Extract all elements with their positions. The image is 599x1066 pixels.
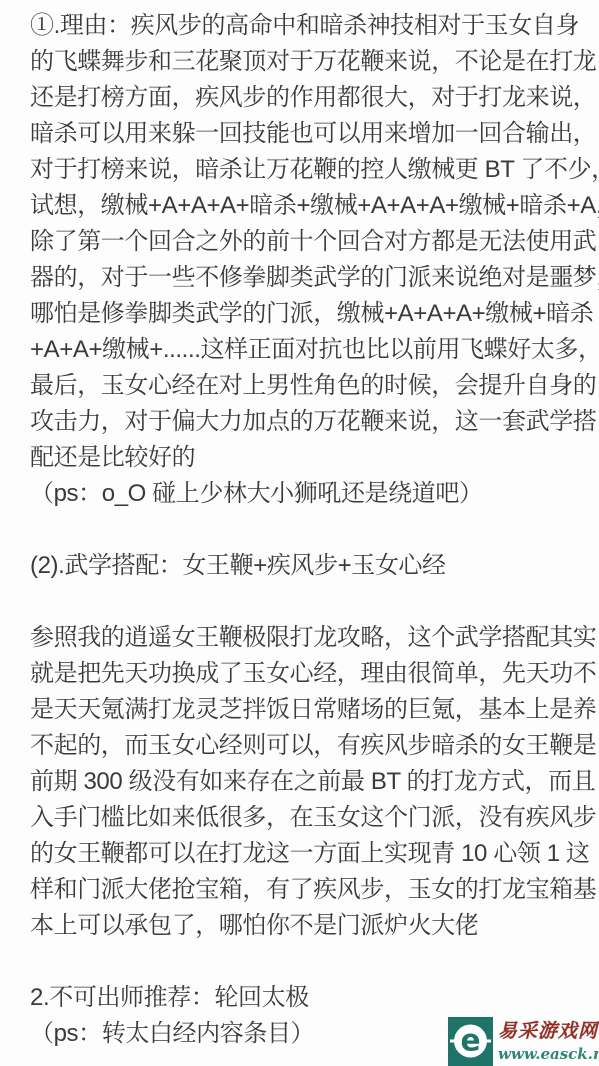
text-line: 试想，缴械+A+A+A+暗杀+缴械+A+A+A+缴械+暗杀+A， bbox=[30, 188, 579, 224]
site-watermark: e 易采游戏网 www.easck.net bbox=[448, 1017, 598, 1066]
watermark-site-url: www.easck.net bbox=[498, 1044, 598, 1064]
text-line: 入手门槛比如来低很多，在玉女这个门派，没有疾风步 bbox=[30, 800, 579, 836]
text-line: 是天天氪满打龙灵芝拌饭日常赌场的巨氪，基本上是养 bbox=[30, 692, 579, 728]
text-line: （ps：o_O 碰上少林大小狮吼还是绕道吧） bbox=[30, 476, 579, 512]
text-line: 暗杀可以用来躲一回技能也可以用来增加一回合输出， bbox=[30, 116, 579, 152]
easck-logo-icon: e bbox=[448, 1017, 493, 1066]
text-line: 器的，对于一些不修拳脚类武学的门派来说绝对是噩梦， bbox=[30, 260, 579, 296]
text-line: 参照我的逍遥女王鞭极限打龙攻略，这个武学搭配其实 bbox=[30, 620, 579, 656]
combo-paragraph: 参照我的逍遥女王鞭极限打龙攻略，这个武学搭配其实就是把先天功换成了玉女心经，理由… bbox=[30, 620, 579, 944]
text-line: (2).武学搭配：女王鞭+疾风步+玉女心经 bbox=[30, 548, 579, 584]
text-line: 2.不可出师推荐：轮回太极 bbox=[30, 980, 579, 1016]
text-line: 不起的，而玉女心经则可以，有疾风步暗杀的女王鞭是 bbox=[30, 728, 579, 764]
text-line: 就是把先天功换成了玉女心经，理由很简单，先天功不 bbox=[30, 656, 579, 692]
text-line: 哪怕是修拳脚类武学的门派，缴械+A+A+A+缴械+暗杀 bbox=[30, 296, 579, 332]
text-line: 的飞蝶舞步和三花聚顶对于万花鞭来说，不论是在打龙 bbox=[30, 44, 579, 80]
combo-heading: (2).武学搭配：女王鞭+疾风步+玉女心经 bbox=[30, 548, 579, 584]
text-line: 还是打榜方面，疾风步的作用都很大，对于打龙来说， bbox=[30, 80, 579, 116]
reason-paragraph: ①.理由：疾风步的高命中和暗杀神技相对于玉女自身的飞蝶舞步和三花聚顶对于万花鞭来… bbox=[30, 8, 579, 512]
text-line: ①.理由：疾风步的高命中和暗杀神技相对于玉女自身 bbox=[30, 8, 579, 44]
text-line: 配还是比较好的 bbox=[30, 440, 579, 476]
text-line: 对于打榜来说，暗杀让万花鞭的控人缴械更 BT 了不少， bbox=[30, 152, 579, 188]
watermark-text: 易采游戏网 www.easck.net bbox=[498, 1018, 598, 1066]
text-line: 前期 300 级没有如来存在之前最 BT 的打龙方式，而且 bbox=[30, 764, 579, 800]
text-line: +A+A+缴械+......这样正面对抗也比以前用飞蝶好太多， bbox=[30, 332, 579, 368]
watermark-site-name: 易采游戏网 bbox=[498, 1018, 598, 1044]
text-line: 除了第一个回合之外的前十个回合对方都是无法使用武 bbox=[30, 224, 579, 260]
article-text: ①.理由：疾风步的高命中和暗杀神技相对于玉女自身的飞蝶舞步和三花聚顶对于万花鞭来… bbox=[30, 8, 579, 1052]
text-line: 攻击力，对于偏大力加点的万花鞭来说，这一套武学搭 bbox=[30, 404, 579, 440]
text-line: 最后，玉女心经在对上男性角色的时候，会提升自身的 bbox=[30, 368, 579, 404]
text-line: 的女王鞭都可以在打龙这一方面上实现青 10 心领 1 这 bbox=[30, 836, 579, 872]
text-line: 本上可以承包了，哪怕你不是门派炉火大佬 bbox=[30, 908, 579, 944]
svg-text:e: e bbox=[460, 1024, 480, 1059]
text-line: 样和门派大佬抢宝箱，有了疾风步，玉女的打龙宝箱基 bbox=[30, 872, 579, 908]
